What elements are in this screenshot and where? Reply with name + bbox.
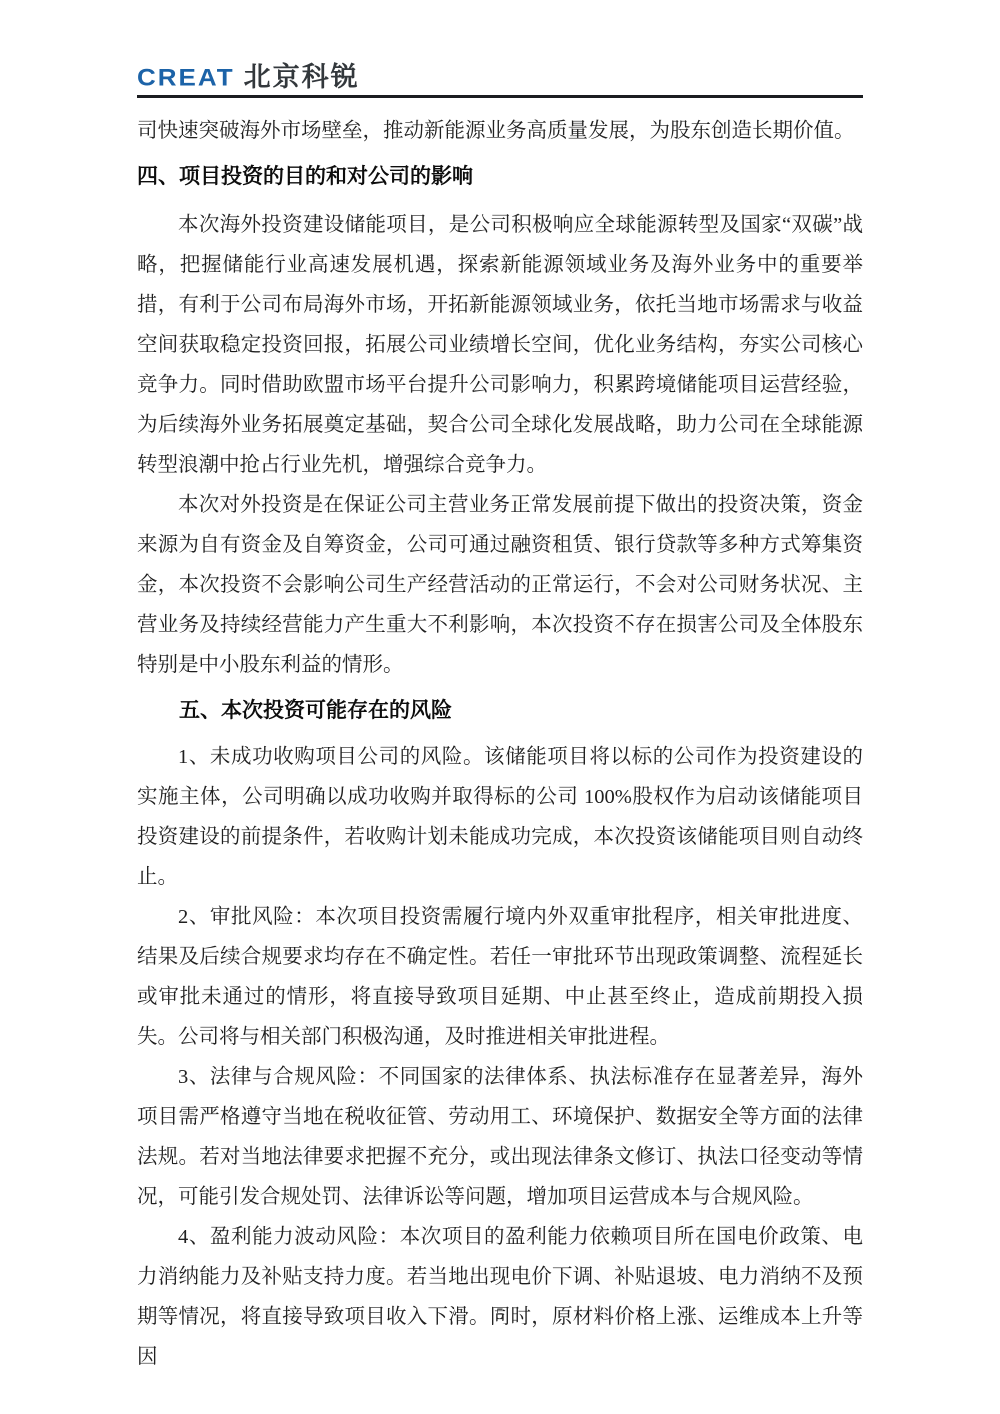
company-logo: CREAT 北京科锐 — [137, 62, 863, 92]
document-page: CREAT 北京科锐 司快速突破海外市场壁垒，推动新能源业务高质量发展，为股东创… — [0, 0, 1000, 1414]
paragraph-continuation: 司快速突破海外市场壁垒，推动新能源业务高质量发展，为股东创造长期价值。 — [137, 111, 863, 151]
logo-company-name-chinese: 北京科锐 — [244, 64, 360, 91]
paragraph-risk-1: 1、未成功收购项目公司的风险。该储能项目将以标的公司作为投资建设的实施主体，公司… — [137, 737, 863, 897]
paragraph-purpose-1: 本次海外投资建设储能项目，是公司积极响应全球能源转型及国家“双碳”战略，把握储能… — [137, 205, 863, 485]
paragraph-risk-2: 2、审批风险：本次项目投资需履行境内外双重审批程序，相关审批进度、结果及后续合规… — [137, 897, 863, 1057]
page-number: 5 — [496, 1306, 504, 1323]
logo-wordmark-creat: CREAT — [137, 65, 235, 89]
section-heading-4: 四、项目投资的目的和对公司的影响 — [137, 157, 863, 197]
paragraph-purpose-2: 本次对外投资是在保证公司主营业务正常发展前提下做出的投资决策，资金来源为自有资金… — [137, 485, 863, 685]
page-header: CREAT 北京科锐 — [137, 62, 863, 98]
document-body: 司快速突破海外市场壁垒，推动新能源业务高质量发展，为股东创造长期价值。 四、项目… — [137, 111, 863, 1377]
page-footer: 5 — [0, 1306, 1000, 1324]
paragraph-risk-3: 3、法律与合规风险：不同国家的法律体系、执法标准存在显著差异，海外项目需严格遵守… — [137, 1057, 863, 1217]
section-heading-5: 五、本次投资可能存在的风险 — [137, 691, 863, 731]
paragraph-risk-4: 4、盈利能力波动风险：本次项目的盈利能力依赖项目所在国电价政策、电力消纳能力及补… — [137, 1217, 863, 1377]
